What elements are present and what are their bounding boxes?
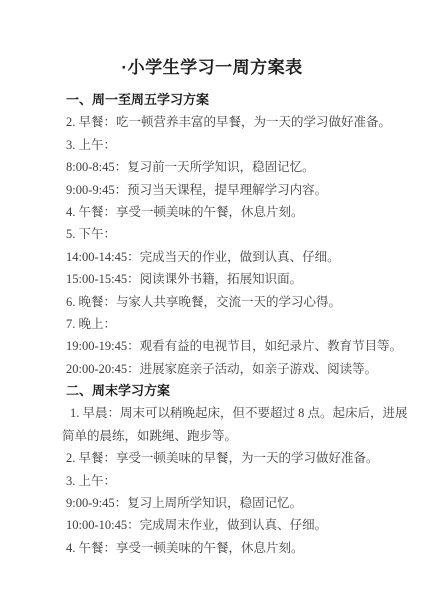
- weekday-section-heading: 一、周一至周五学习方案: [66, 89, 398, 111]
- weekday-line-afternoon-label: 5. 下午：: [66, 223, 398, 245]
- weekday-line-evening-slot-2: 20:00-20:45：进展家庭亲子活动，如亲子游戏、阅读等。: [66, 358, 398, 380]
- document-title: ·小学生学习一周方案表: [0, 0, 424, 78]
- weekday-line-afternoon-slot-1: 14:00-14:45：完成当天的作业，做到认真、仔细。: [66, 246, 398, 268]
- weekday-line-evening-label: 7. 晚上：: [66, 313, 398, 335]
- weekday-line-morning-label: 3. 上午：: [66, 134, 398, 156]
- weekend-line-morning-slot-1: 9:00-9:45：复习上周所学知识，稳固记忆。: [66, 492, 398, 514]
- document-body: 一、周一至周五学习方案 2. 早餐：吃一顿营养丰富的早餐，为一天的学习做好准备。…: [0, 89, 424, 559]
- weekday-line-lunch: 4. 午餐：享受一顿美味的午餐，休息片刻。: [66, 201, 398, 223]
- weekend-line-morning-slot-2: 10:00-10:45：完成周末作业，做到认真、仔细。: [66, 514, 398, 536]
- weekday-line-evening-slot-1: 19:00-19:45：观看有益的电视节目，如纪录片、教育节目等。: [66, 335, 398, 357]
- weekend-morning-paragraph: 1. 早晨：周末可以稍晚起床，但不要超过 8 点。起床后，进展简单的晨练，如跳绳…: [62, 402, 418, 447]
- weekend-line-morning-label: 3. 上午：: [66, 470, 398, 492]
- document-page: ·小学生学习一周方案表 一、周一至周五学习方案 2. 早餐：吃一顿营养丰富的早餐…: [0, 0, 424, 600]
- weekday-line-morning-slot-1: 8:00-8:45：复习前一天所学知识，稳固记忆。: [66, 156, 398, 178]
- weekday-line-morning-slot-2: 9:00-9:45：预习当天课程，提早理解学习内容。: [66, 179, 398, 201]
- weekday-line-dinner: 6. 晚餐：与家人共享晚餐，交流一天的学习心得。: [66, 291, 398, 313]
- weekday-line-breakfast: 2. 早餐：吃一顿营养丰富的早餐，为一天的学习做好准备。: [66, 111, 398, 133]
- weekend-line-lunch: 4. 午餐：享受一顿美味的午餐，休息片刻。: [66, 537, 398, 559]
- weekday-line-afternoon-slot-2: 15:00-15:45：阅读课外书籍，拓展知识面。: [66, 268, 398, 290]
- weekend-section-heading: 二、周末学习方案: [66, 380, 398, 402]
- weekend-line-breakfast: 2. 早餐：享受一顿美味的早餐，为一天的学习做好准备。: [66, 447, 398, 469]
